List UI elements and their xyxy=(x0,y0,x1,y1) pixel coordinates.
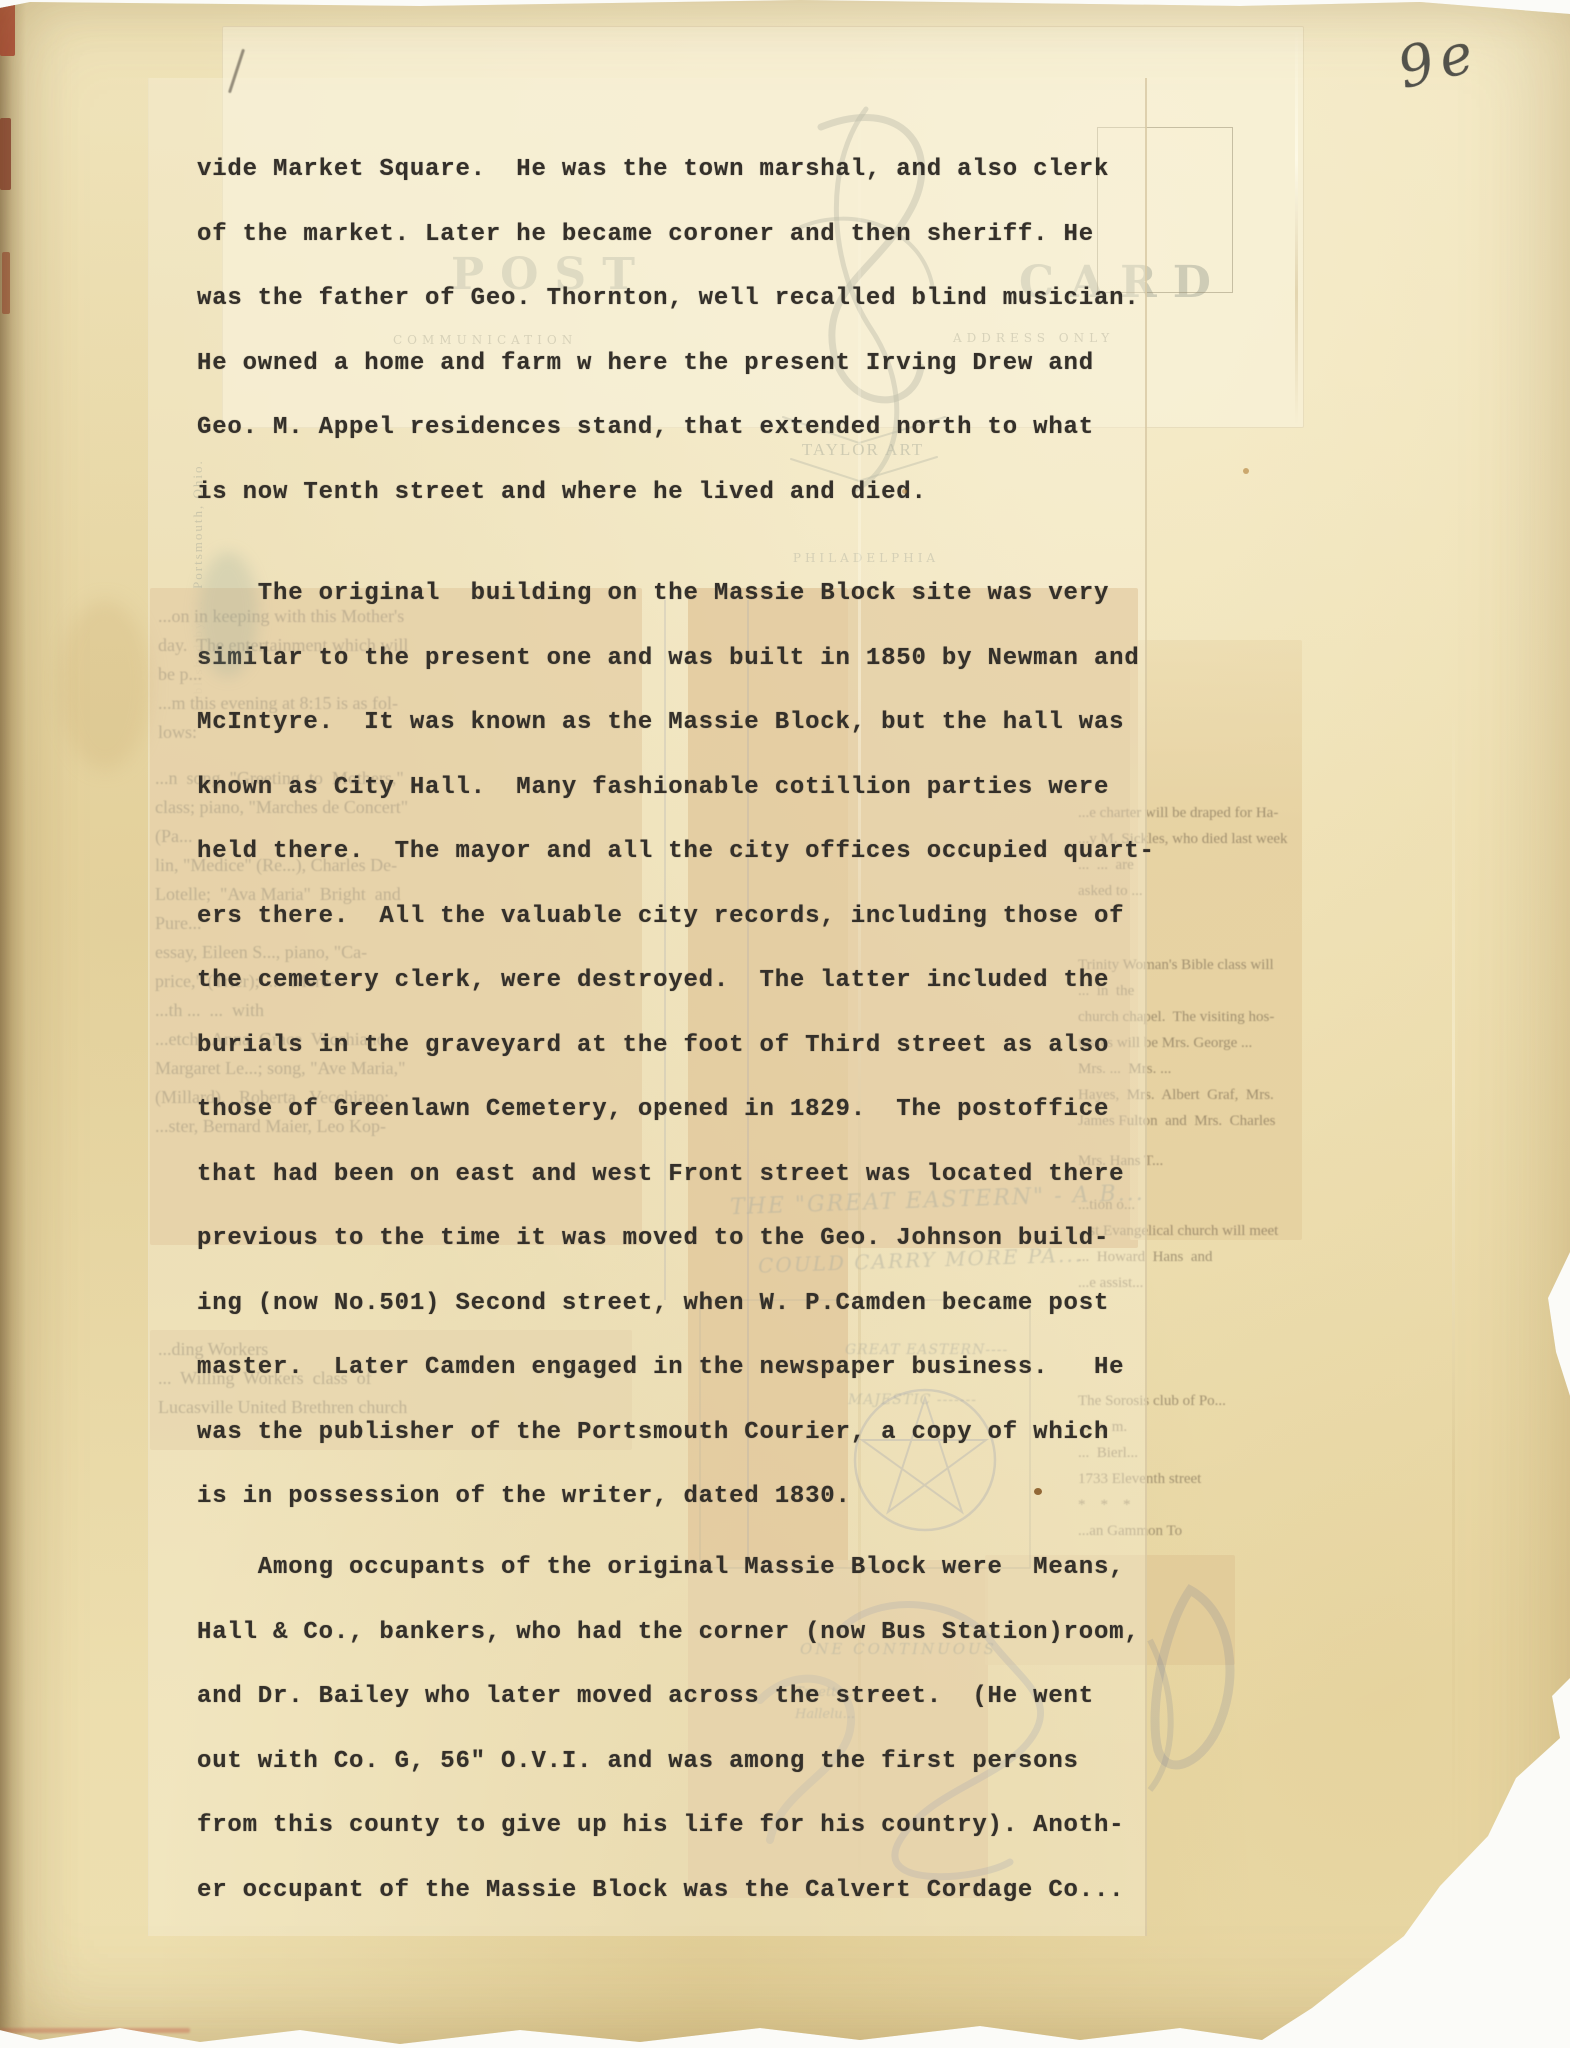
handwritten-page-mark: 9e xyxy=(1391,19,1485,102)
red-edge-mark xyxy=(2,252,10,314)
red-edge-mark xyxy=(0,0,15,56)
typed-paragraph-2: The original building on the Massie Bloc… xyxy=(197,562,1155,1530)
page-crease xyxy=(1452,700,1455,1850)
typed-paragraph-3: Among occupants of the original Massie B… xyxy=(197,1536,1140,1923)
postcard-crease xyxy=(1295,27,1298,425)
red-edge-mark xyxy=(0,118,11,190)
paper-stain xyxy=(60,600,150,770)
scrapbook-page: POST CARD TAYLOR ART PHILADELPHIA COMMUN… xyxy=(0,0,1570,2048)
red-bottom-edge-mark xyxy=(0,2028,190,2033)
typed-paragraph-1: vide Market Square. He was the town mars… xyxy=(197,138,1140,525)
fox-spot xyxy=(1243,468,1249,474)
scanned-document: POST CARD TAYLOR ART PHILADELPHIA COMMUN… xyxy=(0,0,1570,2048)
